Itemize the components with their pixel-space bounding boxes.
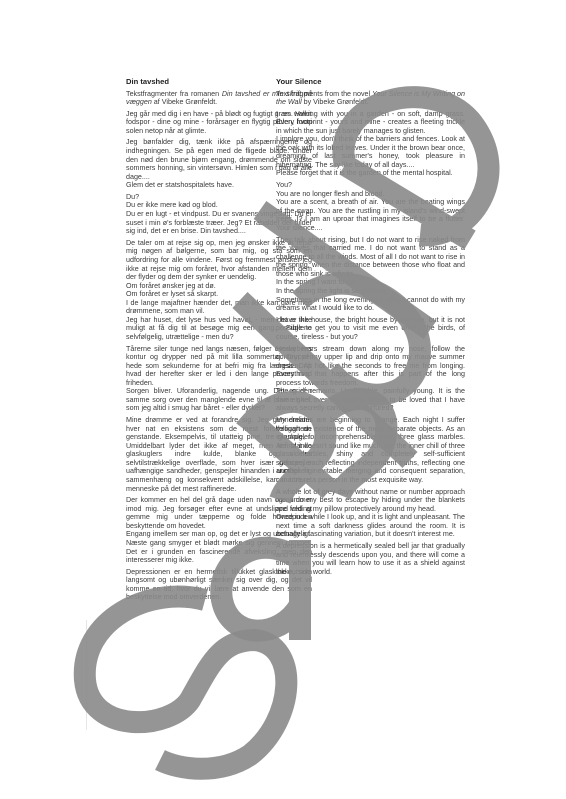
document-page: Din tavshed Tekstfragmenter fra romanen … (0, 0, 566, 799)
paragraph-line: They talk about rising, but I do not wan… (276, 236, 465, 279)
paragraph-line: You are no longer flesh and blood. (276, 190, 465, 199)
paragraph-line: My dreams are beginning to change. Each … (276, 416, 465, 484)
paragraph: You?You are no longer flesh and blood.Yo… (276, 181, 465, 232)
paragraph-line: I implore you, don't think of the barrie… (276, 135, 465, 169)
paragraph: I have the house, the bright house by th… (276, 316, 465, 342)
paragraph: They talk about rising, but I do not wan… (276, 236, 465, 313)
english-column: Your Silence Text fragments from the nov… (276, 78, 465, 580)
paragraph: I am walking with you in a garden - on s… (276, 110, 465, 178)
paragraph-line: You? (276, 181, 465, 190)
paragraph-line: A whole lot of grey days without name or… (276, 488, 465, 514)
paragraph-line: A depression is a hermetically sealed be… (276, 542, 465, 576)
paragraph-line: In the spring the light is so piercing. (276, 287, 465, 296)
paragraph-line: Please forget that it is the garden of t… (276, 169, 465, 178)
paragraph-line: I have the house, the bright house by th… (276, 316, 465, 342)
paragraph: A depression is a hermetically sealed be… (276, 542, 465, 576)
english-intro: Text fragments from the novel Your Silen… (276, 90, 465, 107)
paragraph: My dreams are beginning to change. Each … (276, 416, 465, 484)
english-title: Your Silence (276, 78, 465, 87)
paragraph-line: Sometimes in the long evenings in May I … (276, 296, 465, 313)
english-body: I am walking with you in a garden - on s… (276, 110, 465, 577)
paragraph-line: In the spring I want to die. (276, 278, 465, 287)
paragraph-line: I am walking with you in a garden - on s… (276, 110, 465, 136)
paragraph-line: The grief remains. Unalterable, painfull… (276, 387, 465, 413)
paragraph-line: You are a scent, a breath of air. You ar… (276, 198, 465, 232)
paragraph-line: Heavy tears stream down along my nose, f… (276, 345, 465, 388)
paragraph: Heavy tears stream down along my nose, f… (276, 345, 465, 413)
paragraph: A whole lot of grey days without name or… (276, 488, 465, 539)
scan-margin-line (86, 620, 87, 730)
paragraph-line: Once in a while I look up, and it is lig… (276, 513, 465, 539)
